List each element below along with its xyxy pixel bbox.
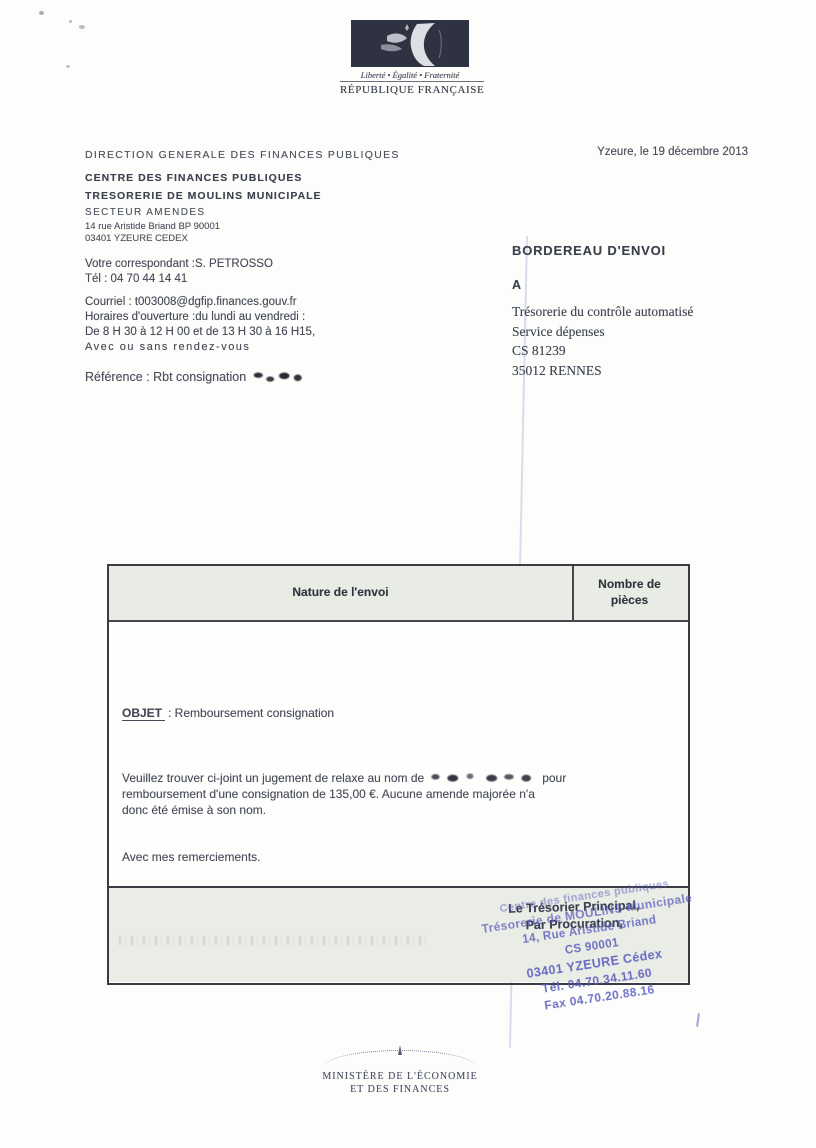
contact-hours-detail: De 8 H 30 à 12 H 00 et de 13 H 30 à 16 H… bbox=[85, 326, 315, 338]
sender-centre: CENTRE DES FINANCES PUBLIQUES bbox=[85, 172, 302, 184]
sender-direction: DIRECTION GENERALE DES FINANCES PUBLIQUE… bbox=[85, 149, 400, 161]
marianne-icon bbox=[351, 20, 469, 67]
recipient-address-line: 35012 RENNES bbox=[512, 361, 693, 381]
sender-address-city: 03401 YZEURE CEDEX bbox=[85, 233, 188, 244]
ministry-name-line2: ET DES FINANCES bbox=[300, 1084, 500, 1095]
recipient-address-line: Trésorerie du contrôle automatisé bbox=[512, 302, 693, 322]
bordereau-table: Nature de l'envoi Nombre de pièces 2 OBJ… bbox=[107, 564, 690, 985]
obelisk-icon bbox=[398, 1045, 402, 1055]
scan-speck bbox=[39, 11, 44, 15]
objet-line: OBJET: Remboursement consignation bbox=[122, 706, 334, 720]
republique-francaise-logo: Liberté • Égalité • Fraternité RÉPUBLIQU… bbox=[340, 20, 480, 98]
sender-address-street: 14 rue Aristide Briand BP 90001 bbox=[85, 221, 220, 232]
body-text: Veuillez trouver ci-joint un jugement de… bbox=[122, 771, 424, 785]
column-header-pieces-line2: pièces bbox=[572, 593, 687, 609]
scan-speck bbox=[696, 1013, 700, 1027]
reference-label: Référence : Rbt consignation bbox=[85, 370, 246, 384]
contact-phone: Tél : 04 70 44 14 41 bbox=[85, 273, 187, 285]
signature-block: Le Trésorier Principal, Par Procuration, bbox=[439, 895, 710, 936]
table-body-row: OBJET: Remboursement consignation Veuill… bbox=[109, 622, 688, 888]
ministry-name-line1: MINISTÈRE DE L'ÉCONOMIE bbox=[300, 1071, 500, 1082]
ink-bleed-ghost-text bbox=[119, 936, 429, 945]
sender-tresorerie: TRESORERIE DE MOULINS MUNICIPALE bbox=[85, 190, 322, 202]
recipient-to-label: A bbox=[512, 278, 521, 292]
body-text: pour bbox=[542, 771, 566, 785]
document-title: BORDEREAU D'ENVOI bbox=[512, 243, 666, 258]
objet-label: OBJET bbox=[122, 706, 165, 721]
contact-hours-intro: Horaires d'ouverture :du lundi au vendre… bbox=[85, 311, 305, 323]
redacted-text bbox=[252, 370, 304, 383]
republic-name: RÉPUBLIQUE FRANÇAISE bbox=[340, 81, 484, 96]
republic-motto: Liberté • Égalité • Fraternité bbox=[340, 70, 480, 80]
column-header-pieces: Nombre de pièces bbox=[572, 577, 687, 608]
body-paragraph-line3: donc été émise à son nom. bbox=[122, 802, 612, 818]
reference-line: Référence : Rbt consignation bbox=[85, 370, 304, 384]
redacted-name bbox=[429, 771, 537, 784]
ministry-logo: MINISTÈRE DE L'ÉCONOMIE ET DES FINANCES bbox=[300, 1050, 500, 1095]
column-header-nature: Nature de l'envoi bbox=[109, 585, 572, 599]
thanks-line: Avec mes remerciements. bbox=[122, 850, 261, 864]
recipient-address-line: CS 81239 bbox=[512, 341, 693, 361]
body-paragraph: Veuillez trouver ci-joint un jugement de… bbox=[122, 770, 612, 818]
table-header-row: Nature de l'envoi Nombre de pièces bbox=[109, 566, 688, 622]
scan-speck bbox=[79, 25, 85, 29]
recipient-address: Trésorerie du contrôle automatisé Servic… bbox=[512, 302, 693, 380]
scan-speck bbox=[69, 20, 72, 23]
table-signature-row: Le Trésorier Principal, Par Procuration, bbox=[109, 888, 688, 982]
contact-hours-note: Avec ou sans rendez-vous bbox=[85, 341, 250, 353]
scanned-letter-page: Liberté • Égalité • Fraternité RÉPUBLIQU… bbox=[0, 0, 816, 1148]
contact-email: Courriel : t003008@dgfip.finances.gouv.f… bbox=[85, 296, 297, 308]
letter-date: Yzeure, le 19 décembre 2013 bbox=[597, 146, 748, 158]
sender-secteur: SECTEUR AMENDES bbox=[85, 207, 205, 218]
scan-speck bbox=[66, 65, 70, 68]
contact-correspondent: Votre correspondant :S. PETROSSO bbox=[85, 258, 273, 270]
body-paragraph-line2: remboursement d'une consignation de 135,… bbox=[122, 786, 612, 802]
objet-text: : Remboursement consignation bbox=[168, 706, 334, 720]
recipient-address-line: Service dépenses bbox=[512, 322, 693, 342]
body-paragraph-line1: Veuillez trouver ci-joint un jugement de… bbox=[122, 770, 612, 786]
column-header-pieces-line1: Nombre de bbox=[572, 577, 687, 593]
ministry-arc-icon bbox=[324, 1050, 476, 1068]
